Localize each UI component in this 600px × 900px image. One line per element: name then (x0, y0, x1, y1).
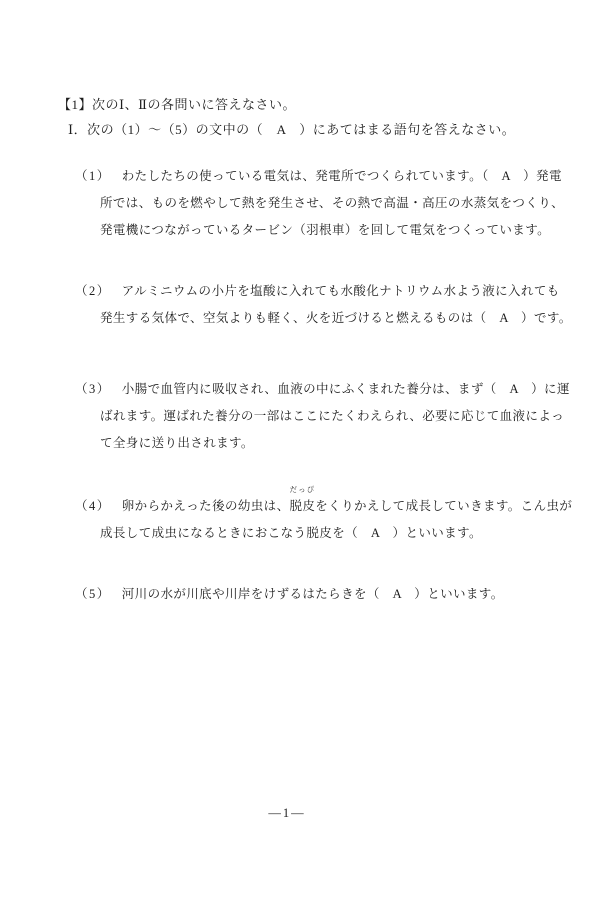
furigana-text: だっぴ (290, 486, 316, 494)
ruby-base-text: 脱皮 (289, 499, 315, 513)
section-heading: Ⅰ．次の（1）～（5）の文中の（ A ）にあてはまる語句を答えなさい。 (68, 120, 574, 140)
question-3-line-3: て全身に送り出されます。 (100, 430, 574, 457)
question-5-line-1: （5）河川の水が川底や川岸をけずるはたらきを（ A ）といいます。 (75, 581, 574, 608)
question-4-line-1: （4）卵からかえった後の幼虫は、だっぴ脱皮をくりかえして成長していきます。こん虫… (75, 493, 574, 520)
question-1: （1）わたしたちの使っている電気は、発電所でつくられています。（ A ）発電 所… (58, 163, 574, 244)
question-5: （5）河川の水が川底や川岸をけずるはたらきを（ A ）といいます。 (58, 581, 574, 608)
question-4: （4）卵からかえった後の幼虫は、だっぴ脱皮をくりかえして成長していきます。こん虫… (58, 493, 574, 547)
question-4-text-post: をくりかえして成長していきます。こん虫が (315, 499, 572, 513)
question-3-line-2: ばれます。運ばれた養分の一部はここにたくわえられ、必要に応じて血液によっ (100, 403, 574, 430)
question-1-line-1: （1）わたしたちの使っている電気は、発電所でつくられています。（ A ）発電 (75, 163, 574, 190)
question-1-line-2: 所では、ものを燃やして熱を発生させ、その熱で高温・高圧の水蒸気をつくり、 (100, 190, 574, 217)
question-1-line-3: 発電機につながっているタービン（羽根車）を回して電気をつくっています。 (100, 217, 574, 244)
question-1-text: わたしたちの使っている電気は、発電所でつくられています。（ A ）発電 (122, 169, 562, 183)
question-2: （2）アルミニウムの小片を塩酸に入れても水酸化ナトリウム水よう液に入れても 発生… (58, 278, 574, 332)
question-2-text: アルミニウムの小片を塩酸に入れても水酸化ナトリウム水よう液に入れても (122, 284, 560, 298)
question-4-number: （4） (75, 499, 111, 513)
question-4-text-pre: 卵からかえった後の幼虫は、 (122, 499, 290, 513)
question-4-line-2: 成長して成虫になるときにおこなう脱皮を（ A ）といいます。 (100, 520, 574, 547)
question-2-number: （2） (75, 284, 111, 298)
question-2-line-1: （2）アルミニウムの小片を塩酸に入れても水酸化ナトリウム水よう液に入れても (75, 278, 574, 305)
page-number: ―1― (0, 803, 574, 823)
ruby-annotation: だっぴ脱皮 (289, 493, 315, 520)
question-1-number: （1） (75, 169, 111, 183)
question-5-number: （5） (75, 587, 111, 601)
question-3-line-1: （3）小腸で血管内に吸収され、血液の中にふくまれた養分は、まず（ A ）に運 (75, 376, 574, 403)
main-heading: 【1】次のⅠ、Ⅱの各問いに答えなさい。 (58, 95, 574, 115)
document-page: 【1】次のⅠ、Ⅱの各問いに答えなさい。 Ⅰ．次の（1）～（5）の文中の（ A ）… (0, 0, 600, 900)
question-3-text: 小腸で血管内に吸収され、血液の中にふくまれた養分は、まず（ A ）に運 (122, 382, 570, 396)
question-3: （3）小腸で血管内に吸収され、血液の中にふくまれた養分は、まず（ A ）に運 ば… (58, 376, 574, 457)
question-3-number: （3） (75, 382, 111, 396)
question-2-line-2: 発生する気体で、空気よりも軽く、火を近づけると燃えるものは（ A ）です。 (100, 305, 574, 332)
question-5-text: 河川の水が川底や川岸をけずるはたらきを（ A ）といいます。 (122, 587, 504, 601)
